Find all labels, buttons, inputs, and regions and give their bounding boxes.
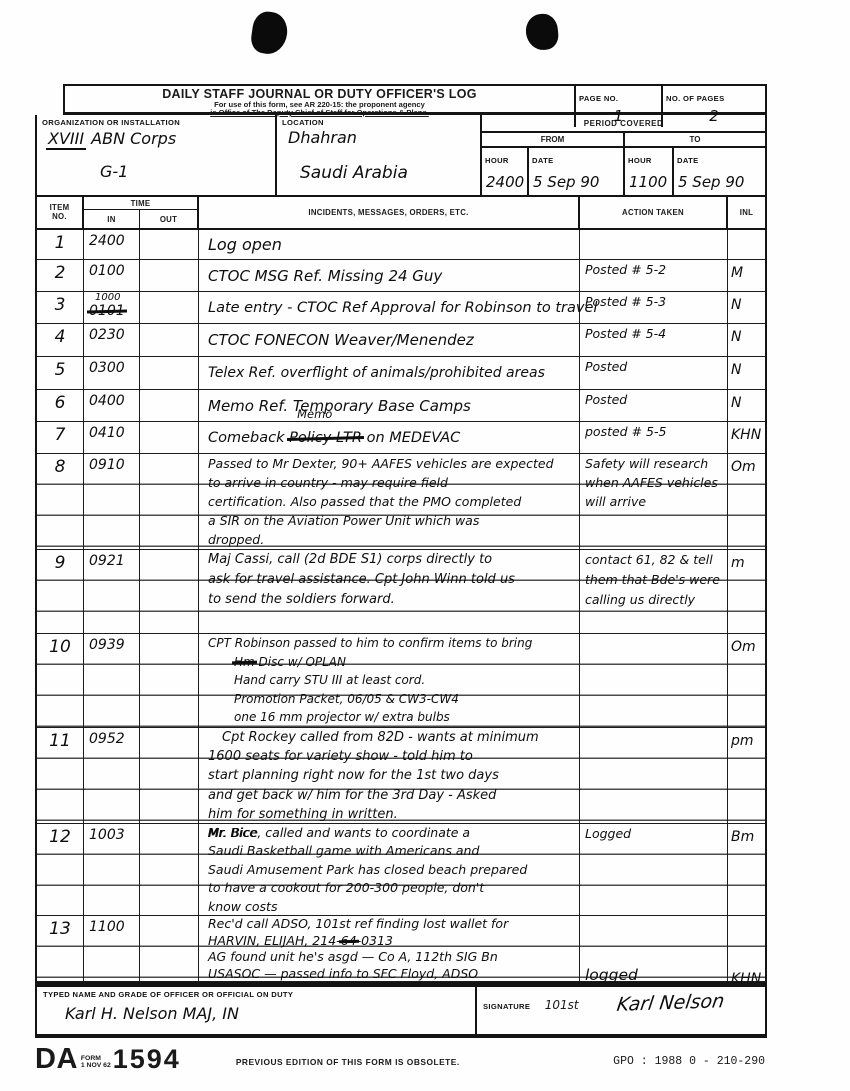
item-no-cell: 10	[37, 634, 84, 727]
action-cell: Posted # 5-3	[580, 292, 728, 324]
item-number: 11	[49, 731, 71, 751]
organization-section: G-1	[100, 162, 270, 181]
time-in-value: 0952	[89, 731, 125, 747]
item-number: 5	[55, 360, 66, 380]
incident-text-segment: certification. Also passed that the PMO …	[208, 494, 521, 509]
obsolete-notice: PREVIOUS EDITION OF THIS FORM IS OBSOLET…	[236, 1057, 460, 1067]
punch-hole-left	[249, 10, 290, 56]
incident-line: Cpt Rockey called from 82D - wants at mi…	[208, 728, 579, 747]
time-in-value: 1100	[89, 919, 125, 935]
location-country: Saudi Arabia	[300, 163, 475, 183]
incidents-cell: Maj Cassi, call (2d BDE S1) corps direct…	[199, 550, 580, 633]
location-cell: LOCATION Dhahran Saudi Arabia	[277, 115, 482, 195]
time-in-cell: 0230	[84, 324, 140, 357]
incident-line: to send the soldiers forward.	[208, 590, 579, 610]
page-no-value: 1	[579, 107, 658, 125]
signature-band: TYPED NAME AND GRADE OF OFFICER OR OFFIC…	[35, 984, 767, 1038]
journal-row: 40230CTOC FONECON Weaver/MenendezPosted …	[37, 324, 765, 357]
incident-text-segment: Saudi Amusement Park has closed beach pr…	[208, 862, 527, 877]
journal-row: 121003Mr. Bice, called and wants to coor…	[37, 824, 765, 916]
incident-line: CPT Robinson passed to him to confirm it…	[208, 634, 579, 653]
item-number: 3	[55, 295, 66, 315]
incident-line: know costs	[208, 898, 579, 916]
journal-row: 12400Log open	[37, 230, 765, 260]
da-prefix: DA	[35, 1047, 78, 1071]
incident-line: and get back w/ him for the 3rd Day - As…	[208, 786, 579, 805]
incident-line: a SIR on the Aviation Power Unit which w…	[208, 511, 579, 530]
item-no-cell: 2	[37, 260, 84, 292]
from-hour-label: HOUR	[485, 156, 509, 165]
journal-row: 60400Memo Ref. Temporary Base CampsPoste…	[37, 390, 765, 422]
item-no-cell: 4	[37, 324, 84, 357]
from-hour-cell: HOUR 2400	[482, 148, 529, 195]
incidents-cell: CTOC MSG Ref. Missing 24 Guy	[199, 260, 580, 292]
action-cell: posted # 5-5	[580, 422, 728, 454]
incident-line: CTOC FONECON Weaver/Menendez	[208, 324, 579, 357]
time-out-cell	[140, 728, 199, 824]
time-out-cell	[140, 454, 199, 549]
item-no-cell: 12	[37, 824, 84, 916]
incident-line: one 16 mm projector w/ extra bulbs	[208, 708, 579, 727]
typed-name-value: Karl H. Nelson MAJ, IN	[65, 1004, 469, 1023]
incident-line: ask for travel assistance. Cpt John Winn…	[208, 570, 579, 590]
initials: m	[731, 551, 745, 575]
action-text: Posted # 5-3	[585, 294, 666, 309]
item-number: 1	[55, 233, 66, 253]
journal-table-header: ITEM NO. TIME IN OUT INCIDENTS, MESSAGES…	[37, 197, 765, 230]
time-in-value: 0410	[89, 425, 125, 441]
time-in-value: 0100	[89, 263, 125, 279]
incident-line: Rec'd call ADSO, 101st ref finding lost …	[208, 916, 579, 933]
action-text: will arrive	[585, 494, 646, 509]
initials: KHN	[731, 423, 761, 447]
item-no-header: ITEM NO.	[37, 197, 84, 228]
initials: N	[731, 293, 741, 317]
time-out-cell	[140, 324, 199, 357]
incidents-cell: CTOC FONECON Weaver/Menendez	[199, 324, 580, 357]
initials-cell: N	[728, 390, 765, 422]
incident-text-segment: Hm	[234, 653, 255, 672]
incidents-cell: CPT Robinson passed to him to confirm it…	[199, 634, 580, 727]
page-no-cell: PAGE NO. 1	[576, 86, 663, 127]
form-number: 1594	[113, 1048, 181, 1071]
signature-value: Karl Nelson	[616, 990, 726, 1016]
incident-text-segment: CTOC FONECON Weaver/Menendez	[208, 331, 474, 349]
time-in-cell: 0921	[84, 550, 140, 633]
incident-text-segment: USASOC — passed info to SFC Floyd, ADSO	[208, 966, 478, 981]
page-no-label: PAGE NO.	[579, 94, 618, 103]
time-out-cell	[140, 550, 199, 633]
time-in-value: 0921	[89, 553, 125, 569]
time-out-cell	[140, 260, 199, 292]
incident-text-segment: 64	[341, 933, 357, 950]
org-location-period-band: ORGANIZATION OR INSTALLATION XVIII ABN C…	[35, 115, 767, 197]
from-date-label: DATE	[532, 156, 554, 165]
from-date-cell: DATE 5 Sep 90	[529, 148, 625, 195]
incidents-cell: Mr. Bice, called and wants to coordinate…	[199, 824, 580, 916]
initials-cell: N	[728, 292, 765, 324]
incident-line: him for something in written.	[208, 805, 579, 824]
journal-row: 70410Comeback Policy LTRMemo on MEDEVACp…	[37, 422, 765, 454]
action-text: logged	[585, 968, 638, 983]
signature-note: 101st	[545, 998, 579, 1012]
incident-line: Comeback Policy LTRMemo on MEDEVAC	[208, 422, 579, 454]
time-header: TIME IN OUT	[84, 197, 199, 228]
item-number: 9	[55, 553, 66, 573]
incident-text-segment: to have a cookout for 200-300 people, do…	[208, 880, 484, 895]
time-in-cell: 0952	[84, 728, 140, 824]
incident-line: start planning right now for the 1st two…	[208, 766, 579, 785]
incident-line: Saudi Amusement Park has closed beach pr…	[208, 861, 579, 879]
incident-text-segment: 1600 seats for variety show - told him t…	[208, 749, 473, 764]
time-out-cell	[140, 357, 199, 390]
incident-text-segment: CPT Robinson passed to him to confirm it…	[208, 636, 532, 650]
action-cell: Safety will researchwhen AAFES vehiclesw…	[580, 454, 728, 549]
time-in-cell: 0300	[84, 357, 140, 390]
action-cell: Logged	[580, 824, 728, 916]
incident-text-segment: Cpt Rockey called from 82D - wants at mi…	[222, 730, 539, 745]
action-text: Logged	[585, 826, 631, 841]
incident-line: to have a cookout for 200-300 people, do…	[208, 879, 579, 897]
item-number: 10	[49, 637, 71, 657]
time-in-value: 0300	[89, 360, 125, 376]
journal-row: 20100CTOC MSG Ref. Missing 24 GuyPosted …	[37, 260, 765, 292]
incident-line: AG found unit he's asgd — Co A, 112th SI…	[208, 949, 579, 966]
incident-text-segment: Rec'd call ADSO, 101st ref finding lost …	[208, 916, 508, 931]
to-hour-value: 1100	[629, 173, 667, 191]
organization-unit: XVIII	[46, 129, 86, 150]
journal-row: 90921Maj Cassi, call (2d BDE S1) corps d…	[37, 550, 765, 634]
action-cell: logged	[580, 916, 728, 982]
incident-text-segment: Log open	[208, 235, 282, 254]
incident-text-segment: AG found unit he's asgd — Co A, 112th SI…	[208, 949, 498, 964]
out-header-label: OUT	[140, 210, 197, 228]
journal-row: 310000101Late entry - CTOC Ref Approval …	[37, 292, 765, 324]
incident-line: dropped.	[208, 530, 579, 549]
initials-cell: N	[728, 357, 765, 390]
action-text: posted # 5-5	[585, 424, 666, 439]
to-label: TO	[625, 133, 765, 146]
incidents-cell: Comeback Policy LTRMemo on MEDEVAC	[199, 422, 580, 454]
time-out-cell	[140, 292, 199, 324]
initials-cell: KHN	[728, 916, 765, 982]
item-no-cell: 5	[37, 357, 84, 390]
time-in-value: 0230	[89, 327, 125, 343]
journal-table-body: 12400Log open20100CTOC MSG Ref. Missing …	[37, 230, 765, 982]
journal-row: 80910Passed to Mr Dexter, 90+ AAFES vehi…	[37, 454, 765, 550]
no-header-label: NO.	[52, 213, 67, 222]
time-in-cell: 2400	[84, 230, 140, 260]
typed-name-cell: TYPED NAME AND GRADE OF OFFICER OR OFFIC…	[37, 987, 477, 1034]
incident-line: USASOC — passed info to SFC Floyd, ADSO	[208, 966, 579, 983]
incident-line: Passed to Mr Dexter, 90+ AAFES vehicles …	[208, 454, 579, 473]
incident-text-segment: and get back w/ him for the 3rd Day - As…	[208, 788, 496, 803]
correction-wrap: Policy LTRMemo	[289, 422, 362, 454]
hour-date-row: HOUR 2400 DATE 5 Sep 90 HOUR 1100 DATE 5…	[482, 148, 765, 195]
journal-table: ITEM NO. TIME IN OUT INCIDENTS, MESSAGES…	[35, 197, 767, 984]
initials-cell: KHN	[728, 422, 765, 454]
initials-cell	[728, 230, 765, 260]
action-taken-header: ACTION TAKEN	[580, 197, 728, 228]
organization-label: ORGANIZATION OR INSTALLATION	[42, 118, 270, 127]
item-number: 13	[49, 919, 71, 939]
action-text: calling us directly	[585, 592, 695, 607]
time-out-cell	[140, 916, 199, 982]
initials-cell: N	[728, 324, 765, 357]
item-no-cell: 11	[37, 728, 84, 824]
location-label: LOCATION	[282, 118, 475, 127]
action-text: Posted	[585, 392, 627, 407]
organization-value: XVIII ABN Corps	[46, 129, 270, 148]
incident-text-segment: dropped.	[208, 532, 264, 547]
incident-text-segment: ask for travel assistance. Cpt John Winn…	[208, 572, 515, 587]
incident-text-segment: Maj Cassi, call (2d BDE S1) corps direct…	[208, 552, 492, 567]
item-no-cell: 8	[37, 454, 84, 549]
action-cell	[580, 634, 728, 727]
item-number: 7	[55, 425, 66, 445]
item-number: 4	[55, 327, 66, 347]
incident-text-segment: Promotion Packet, 06/05 & CW3-CW4	[234, 692, 459, 706]
incident-text-segment: Memo Ref. Temporary Base Camps	[208, 397, 471, 415]
time-in-cell: 0100	[84, 260, 140, 292]
incident-text-segment: Policy LTR	[289, 422, 362, 454]
action-text: them that Bde's were	[585, 572, 720, 587]
time-in-cell: 0910	[84, 454, 140, 549]
gpo-print-code: GPO : 1988 0 - 210-290	[613, 1055, 765, 1068]
action-text: Safety will research	[585, 456, 708, 471]
to-hour-label: HOUR	[628, 156, 652, 165]
incident-line: Late entry - CTOC Ref Approval for Robin…	[208, 292, 579, 324]
initials-header: INL	[728, 197, 765, 228]
action-cell	[580, 728, 728, 824]
incident-text-segment: Mr. Bice	[208, 825, 257, 840]
action-text: Posted # 5-2	[585, 262, 666, 277]
form-edition: FORM 1 NOV 62	[81, 1055, 111, 1069]
incident-text-segment: Late entry - CTOC Ref Approval for Robin…	[208, 300, 597, 316]
location-city: Dhahran	[288, 128, 475, 147]
signature-cell: SIGNATURE 101st Karl Nelson	[477, 987, 765, 1034]
organization-cell: ORGANIZATION OR INSTALLATION XVIII ABN C…	[37, 115, 277, 195]
initials: N	[731, 358, 741, 382]
incident-text-segment: -0313	[357, 933, 393, 948]
time-in-corrected: 1000	[95, 293, 139, 302]
incidents-cell: Telex Ref. overflight of animals/prohibi…	[199, 357, 580, 390]
incident-text-segment: Passed to Mr Dexter, 90+ AAFES vehicles …	[208, 456, 554, 471]
incidents-header: INCIDENTS, MESSAGES, ORDERS, ETC.	[199, 197, 580, 228]
incident-line: Mr. Bice, called and wants to coordinate…	[208, 824, 579, 842]
incident-text-segment: , called and wants to coordinate a	[257, 825, 470, 840]
time-in-cell: 1003	[84, 824, 140, 916]
time-in-value: 1003	[89, 827, 125, 843]
incident-text-segment: HARVIN, ELIJAH, 214-	[208, 933, 341, 948]
incident-text-segment: Telex Ref. overflight of animals/prohibi…	[208, 365, 545, 381]
time-in-cell: 0400	[84, 390, 140, 422]
incident-text-segment: to send the soldiers forward.	[208, 592, 395, 607]
item-no-cell: 6	[37, 390, 84, 422]
action-cell: contact 61, 82 & tellthem that Bde's wer…	[580, 550, 728, 633]
from-hour-value: 2400	[486, 173, 524, 191]
form-word: FORM	[81, 1055, 101, 1062]
time-in-value: 2400	[89, 233, 125, 249]
signature-label: SIGNATURE	[483, 1002, 530, 1011]
incidents-cell: Log open	[199, 230, 580, 260]
journal-row: 50300Telex Ref. overflight of animals/pr…	[37, 357, 765, 390]
incident-line: 1600 seats for variety show - told him t…	[208, 747, 579, 766]
time-in-value: 0101	[89, 303, 125, 319]
from-label: FROM	[482, 133, 625, 146]
item-no-cell: 9	[37, 550, 84, 633]
incident-text-segment: on MEDEVAC	[362, 430, 460, 446]
initials: M	[731, 261, 743, 285]
time-out-cell	[140, 422, 199, 454]
initials-cell: Bm	[728, 824, 765, 916]
incidents-cell: Memo Ref. Temporary Base Camps	[199, 390, 580, 422]
action-text: Posted # 5-4	[585, 326, 666, 341]
action-text: contact 61, 82 & tell	[585, 552, 713, 567]
form-date: 1 NOV 62	[81, 1062, 111, 1069]
action-text: when AAFES vehicles	[585, 475, 718, 490]
action-cell	[580, 230, 728, 260]
incidents-cell: Cpt Rockey called from 82D - wants at mi…	[199, 728, 580, 824]
time-out-cell	[140, 824, 199, 916]
form-footer-line: DA FORM 1 NOV 62 1594 PREVIOUS EDITION O…	[35, 1047, 767, 1071]
incidents-cell: Passed to Mr Dexter, 90+ AAFES vehicles …	[199, 454, 580, 549]
initials-cell: m	[728, 550, 765, 633]
item-no-cell: 1	[37, 230, 84, 260]
initials: Bm	[731, 825, 754, 849]
time-in-cell: 0410	[84, 422, 140, 454]
typed-name-label: TYPED NAME AND GRADE OF OFFICER OR OFFIC…	[43, 990, 469, 999]
item-number: 6	[55, 393, 66, 413]
initials-cell: M	[728, 260, 765, 292]
incident-line: Memo Ref. Temporary Base Camps	[208, 390, 579, 422]
incident-text-segment: Comeback	[208, 430, 289, 446]
initials: N	[731, 391, 741, 415]
incident-line: Promotion Packet, 06/05 & CW3-CW4	[208, 690, 579, 709]
time-out-cell	[140, 230, 199, 260]
time-header-label: TIME	[84, 197, 197, 210]
no-of-pages-cell: NO. OF PAGES 2	[663, 86, 765, 127]
from-date-value: 5 Sep 90	[533, 173, 599, 191]
incident-line: Maj Cassi, call (2d BDE S1) corps direct…	[208, 550, 579, 570]
journal-row: 110952Cpt Rockey called from 82D - wants…	[37, 728, 765, 824]
item-no-cell: 7	[37, 422, 84, 454]
incident-text-segment: Disc w/ OPLAN	[255, 655, 346, 669]
incident-line: certification. Also passed that the PMO …	[208, 492, 579, 511]
to-hour-cell: HOUR 1100	[625, 148, 674, 195]
in-out-header: IN OUT	[84, 210, 197, 228]
to-date-label: DATE	[677, 156, 699, 165]
to-date-cell: DATE 5 Sep 90	[674, 148, 765, 195]
incident-line: Hm Disc w/ OPLAN	[208, 653, 579, 672]
incident-text-segment: one 16 mm projector w/ extra bulbs	[234, 710, 450, 724]
from-to-row: FROM TO	[482, 133, 765, 148]
time-in-cell: 1100	[84, 916, 140, 982]
action-text: Posted	[585, 359, 627, 374]
initials: pm	[731, 729, 754, 753]
incidents-cell: Late entry - CTOC Ref Approval for Robin…	[199, 292, 580, 324]
action-cell: Posted # 5-4	[580, 324, 728, 357]
incident-text-segment: know costs	[208, 899, 277, 914]
period-covered-cell: PERIOD COVERED FROM TO HOUR 2400 DATE 5 …	[482, 115, 765, 195]
incident-line: CTOC MSG Ref. Missing 24 Guy	[208, 260, 579, 292]
initials: N	[731, 325, 741, 349]
incident-line: to arrive in country - may require field	[208, 473, 579, 492]
action-cell: Posted	[580, 357, 728, 390]
incident-text-segment: to arrive in country - may require field	[208, 475, 448, 490]
action-cell: Posted	[580, 390, 728, 422]
incident-line: Hand carry STU III at least cord.	[208, 671, 579, 690]
item-number: 8	[55, 457, 66, 477]
to-date-value: 5 Sep 90	[678, 173, 744, 191]
incident-text-segment: him for something in written.	[208, 807, 398, 822]
incident-text-segment: Saudi Basketball game with Americans and	[208, 843, 479, 858]
incident-text-segment: a SIR on the Aviation Power Unit which w…	[208, 513, 479, 528]
incident-text-segment: Hand carry STU III at least cord.	[234, 673, 425, 687]
punch-hole-right	[524, 12, 560, 51]
item-no-cell: 13	[37, 916, 84, 982]
no-of-pages-value: 2	[666, 107, 762, 125]
in-header-label: IN	[84, 210, 140, 228]
item-no-cell: 3	[37, 292, 84, 324]
no-of-pages-label: NO. OF PAGES	[666, 94, 725, 103]
time-out-cell	[140, 634, 199, 727]
incident-text-segment: CTOC MSG Ref. Missing 24 Guy	[208, 267, 442, 285]
time-in-value: 0910	[89, 457, 125, 473]
initials-cell: pm	[728, 728, 765, 824]
initials-cell: Om	[728, 454, 765, 549]
time-out-cell	[140, 390, 199, 422]
item-number: 2	[55, 263, 66, 283]
time-in-value: 0939	[89, 637, 125, 653]
journal-row: 131100Rec'd call ADSO, 101st ref finding…	[37, 916, 765, 982]
journal-row: 100939CPT Robinson passed to him to conf…	[37, 634, 765, 728]
incident-text-segment: start planning right now for the 1st two…	[208, 768, 499, 783]
inserted-word: Memo	[297, 409, 332, 420]
scanned-da-form-1594: DAILY STAFF JOURNAL OR DUTY OFFICER'S LO…	[0, 0, 850, 1091]
item-number: 12	[49, 827, 71, 847]
time-in-cell: 0939	[84, 634, 140, 727]
title-band: DAILY STAFF JOURNAL OR DUTY OFFICER'S LO…	[63, 84, 767, 115]
incident-line: HARVIN, ELIJAH, 214-64-0313	[208, 933, 579, 950]
time-in-cell: 10000101	[84, 292, 140, 324]
incidents-cell: Rec'd call ADSO, 101st ref finding lost …	[199, 916, 580, 982]
initials: Om	[731, 455, 756, 479]
form-body: DAILY STAFF JOURNAL OR DUTY OFFICER'S LO…	[35, 84, 767, 1071]
initials-cell: Om	[728, 634, 765, 727]
time-in-value: 0400	[89, 393, 125, 409]
action-cell: Posted # 5-2	[580, 260, 728, 292]
incident-line: Saudi Basketball game with Americans and	[208, 842, 579, 860]
incident-line: Log open	[208, 230, 579, 260]
initials: Om	[731, 635, 756, 659]
incident-line: Telex Ref. overflight of animals/prohibi…	[208, 357, 579, 390]
organization-rest: ABN Corps	[86, 129, 176, 148]
